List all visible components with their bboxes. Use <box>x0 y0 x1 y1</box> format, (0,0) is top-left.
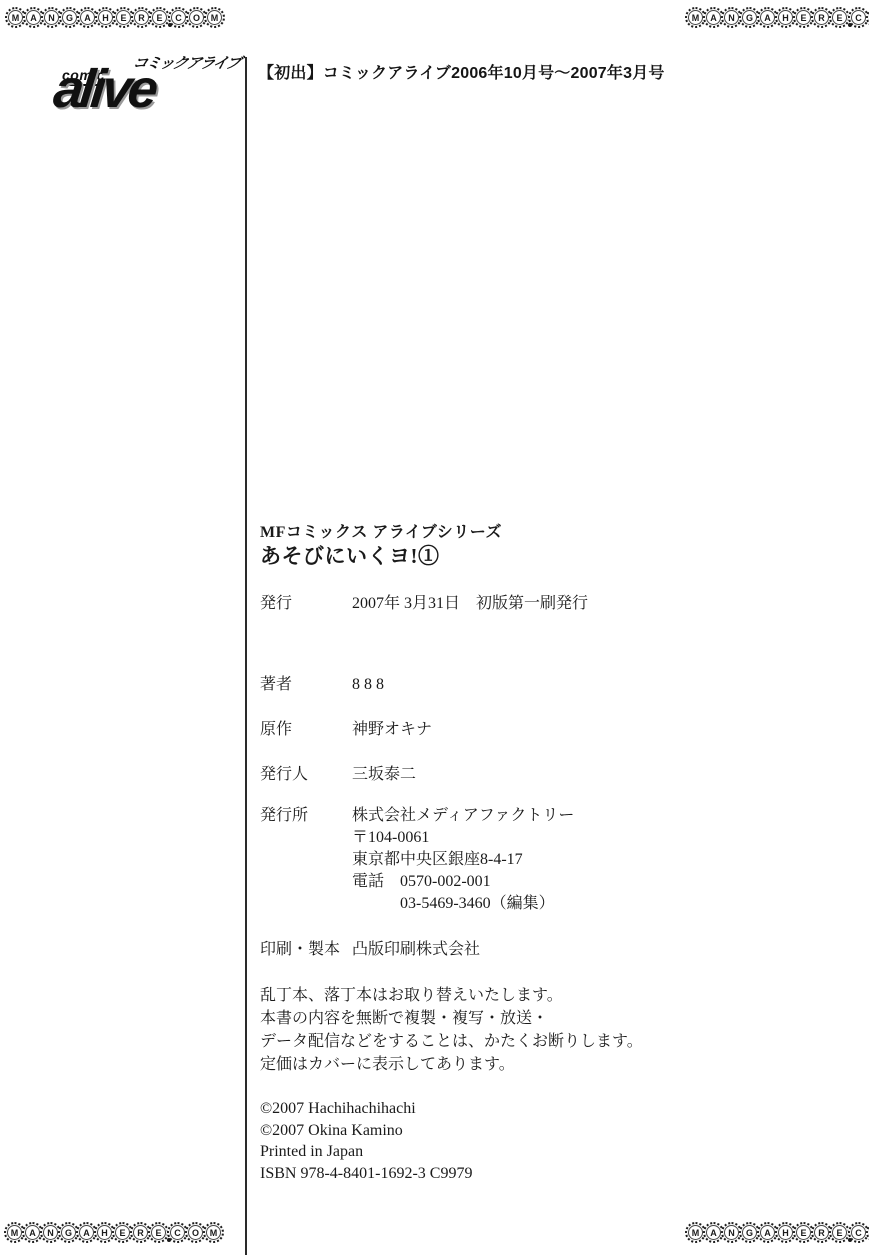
notice-line: 乱丁本、落丁本はお取り替えいたします。 <box>260 984 840 1007</box>
row-publisher-person: 発行人 三坂泰二 <box>260 764 840 785</box>
book-title: あそびにいくヨ!① <box>260 546 840 567</box>
watermark-top-left: MANGAHERECOM <box>5 7 225 28</box>
publisher-details: 株式会社メディアファクトリー 〒104-0061 東京都中央区銀座8-4-17 … <box>352 805 574 915</box>
row-printing: 印刷・製本 凸版印刷株式会社 <box>260 939 840 960</box>
publisher-company: 株式会社メディアファクトリー <box>352 805 574 827</box>
notice-line: 定価はカバーに表示してあります。 <box>260 1053 840 1076</box>
row-original-creator: 原作 神野オキナ <box>260 719 840 740</box>
watermark-dot <box>848 23 852 27</box>
author-label: 著者 <box>260 674 352 695</box>
watermark-letter: E <box>829 1222 850 1243</box>
notice-line: データ配信などをすることは、かたくお断りします。 <box>260 1030 840 1053</box>
isbn-line: ISBN 978-4-8401-1692-3 C9979 <box>260 1163 840 1185</box>
publisher-person-value: 三坂泰二 <box>352 764 416 785</box>
vertical-divider <box>245 57 247 1255</box>
copyright-block: ©2007 Hachihachihachi ©2007 Okina Kamino… <box>260 1098 840 1184</box>
copyright-line: ©2007 Okina Kamino <box>260 1120 840 1142</box>
author-value: 888 <box>352 674 388 695</box>
watermark-letter: M <box>204 7 225 28</box>
row-author: 著者 888 <box>260 674 840 695</box>
logo-alive-text: alive <box>51 62 157 116</box>
watermark-top-right: MANGAHERECOM <box>685 7 869 28</box>
watermark-dot <box>167 1238 171 1242</box>
colophon-page: MANGAHERECOM MANGAHERECOM MANGAHERECOM M… <box>0 0 869 1255</box>
publisher-phone-editorial: 03-5469-3460（編集） <box>352 893 574 915</box>
printing-label: 印刷・製本 <box>260 939 352 960</box>
publisher-person-label: 発行人 <box>260 764 352 785</box>
watermark-letter: M <box>203 1222 224 1243</box>
watermark-letter: E <box>148 1222 169 1243</box>
series-name: MFコミックス アライブシリーズ <box>260 522 840 543</box>
original-value: 神野オキナ <box>352 719 432 740</box>
row-publisher: 発行所 株式会社メディアファクトリー 〒104-0061 東京都中央区銀座8-4… <box>260 805 840 915</box>
watermark-bottom-left: MANGAHERECOM <box>4 1222 224 1243</box>
notice-line: 本書の内容を無断で複製・複写・放送・ <box>260 1007 840 1030</box>
comic-alive-logo: コミックアライブ comic alive <box>52 50 242 126</box>
publisher-label: 発行所 <box>260 805 352 915</box>
watermark-dot <box>848 1238 852 1242</box>
copyright-line: ©2007 Hachihachihachi <box>260 1098 840 1120</box>
watermark-dot <box>168 23 172 27</box>
row-publication: 発行 2007年 3月31日 初版第一刷発行 <box>260 593 840 614</box>
watermark-bottom-right: MANGAHERECOM <box>685 1222 869 1243</box>
watermark-letter: E <box>829 7 850 28</box>
colophon-block: MFコミックス アライブシリーズ あそびにいくヨ!① 発行 2007年 3月31… <box>260 522 840 1184</box>
watermark-letter: E <box>149 7 170 28</box>
printing-value: 凸版印刷株式会社 <box>352 939 480 960</box>
notices-block: 乱丁本、落丁本はお取り替えいたします。 本書の内容を無断で複製・複写・放送・ デ… <box>260 984 840 1076</box>
publisher-address: 東京都中央区銀座8-4-17 <box>352 849 574 871</box>
first-publication-note: 【初出】コミックアライブ2006年10月号～2007年3月号 <box>258 60 665 83</box>
copyright-line: Printed in Japan <box>260 1141 840 1163</box>
publisher-phone: 電話 0570-002-001 <box>352 871 574 893</box>
publication-label: 発行 <box>260 593 352 614</box>
publication-value: 2007年 3月31日 初版第一刷発行 <box>352 593 588 614</box>
original-label: 原作 <box>260 719 352 740</box>
publisher-postal-code: 〒104-0061 <box>352 827 574 849</box>
